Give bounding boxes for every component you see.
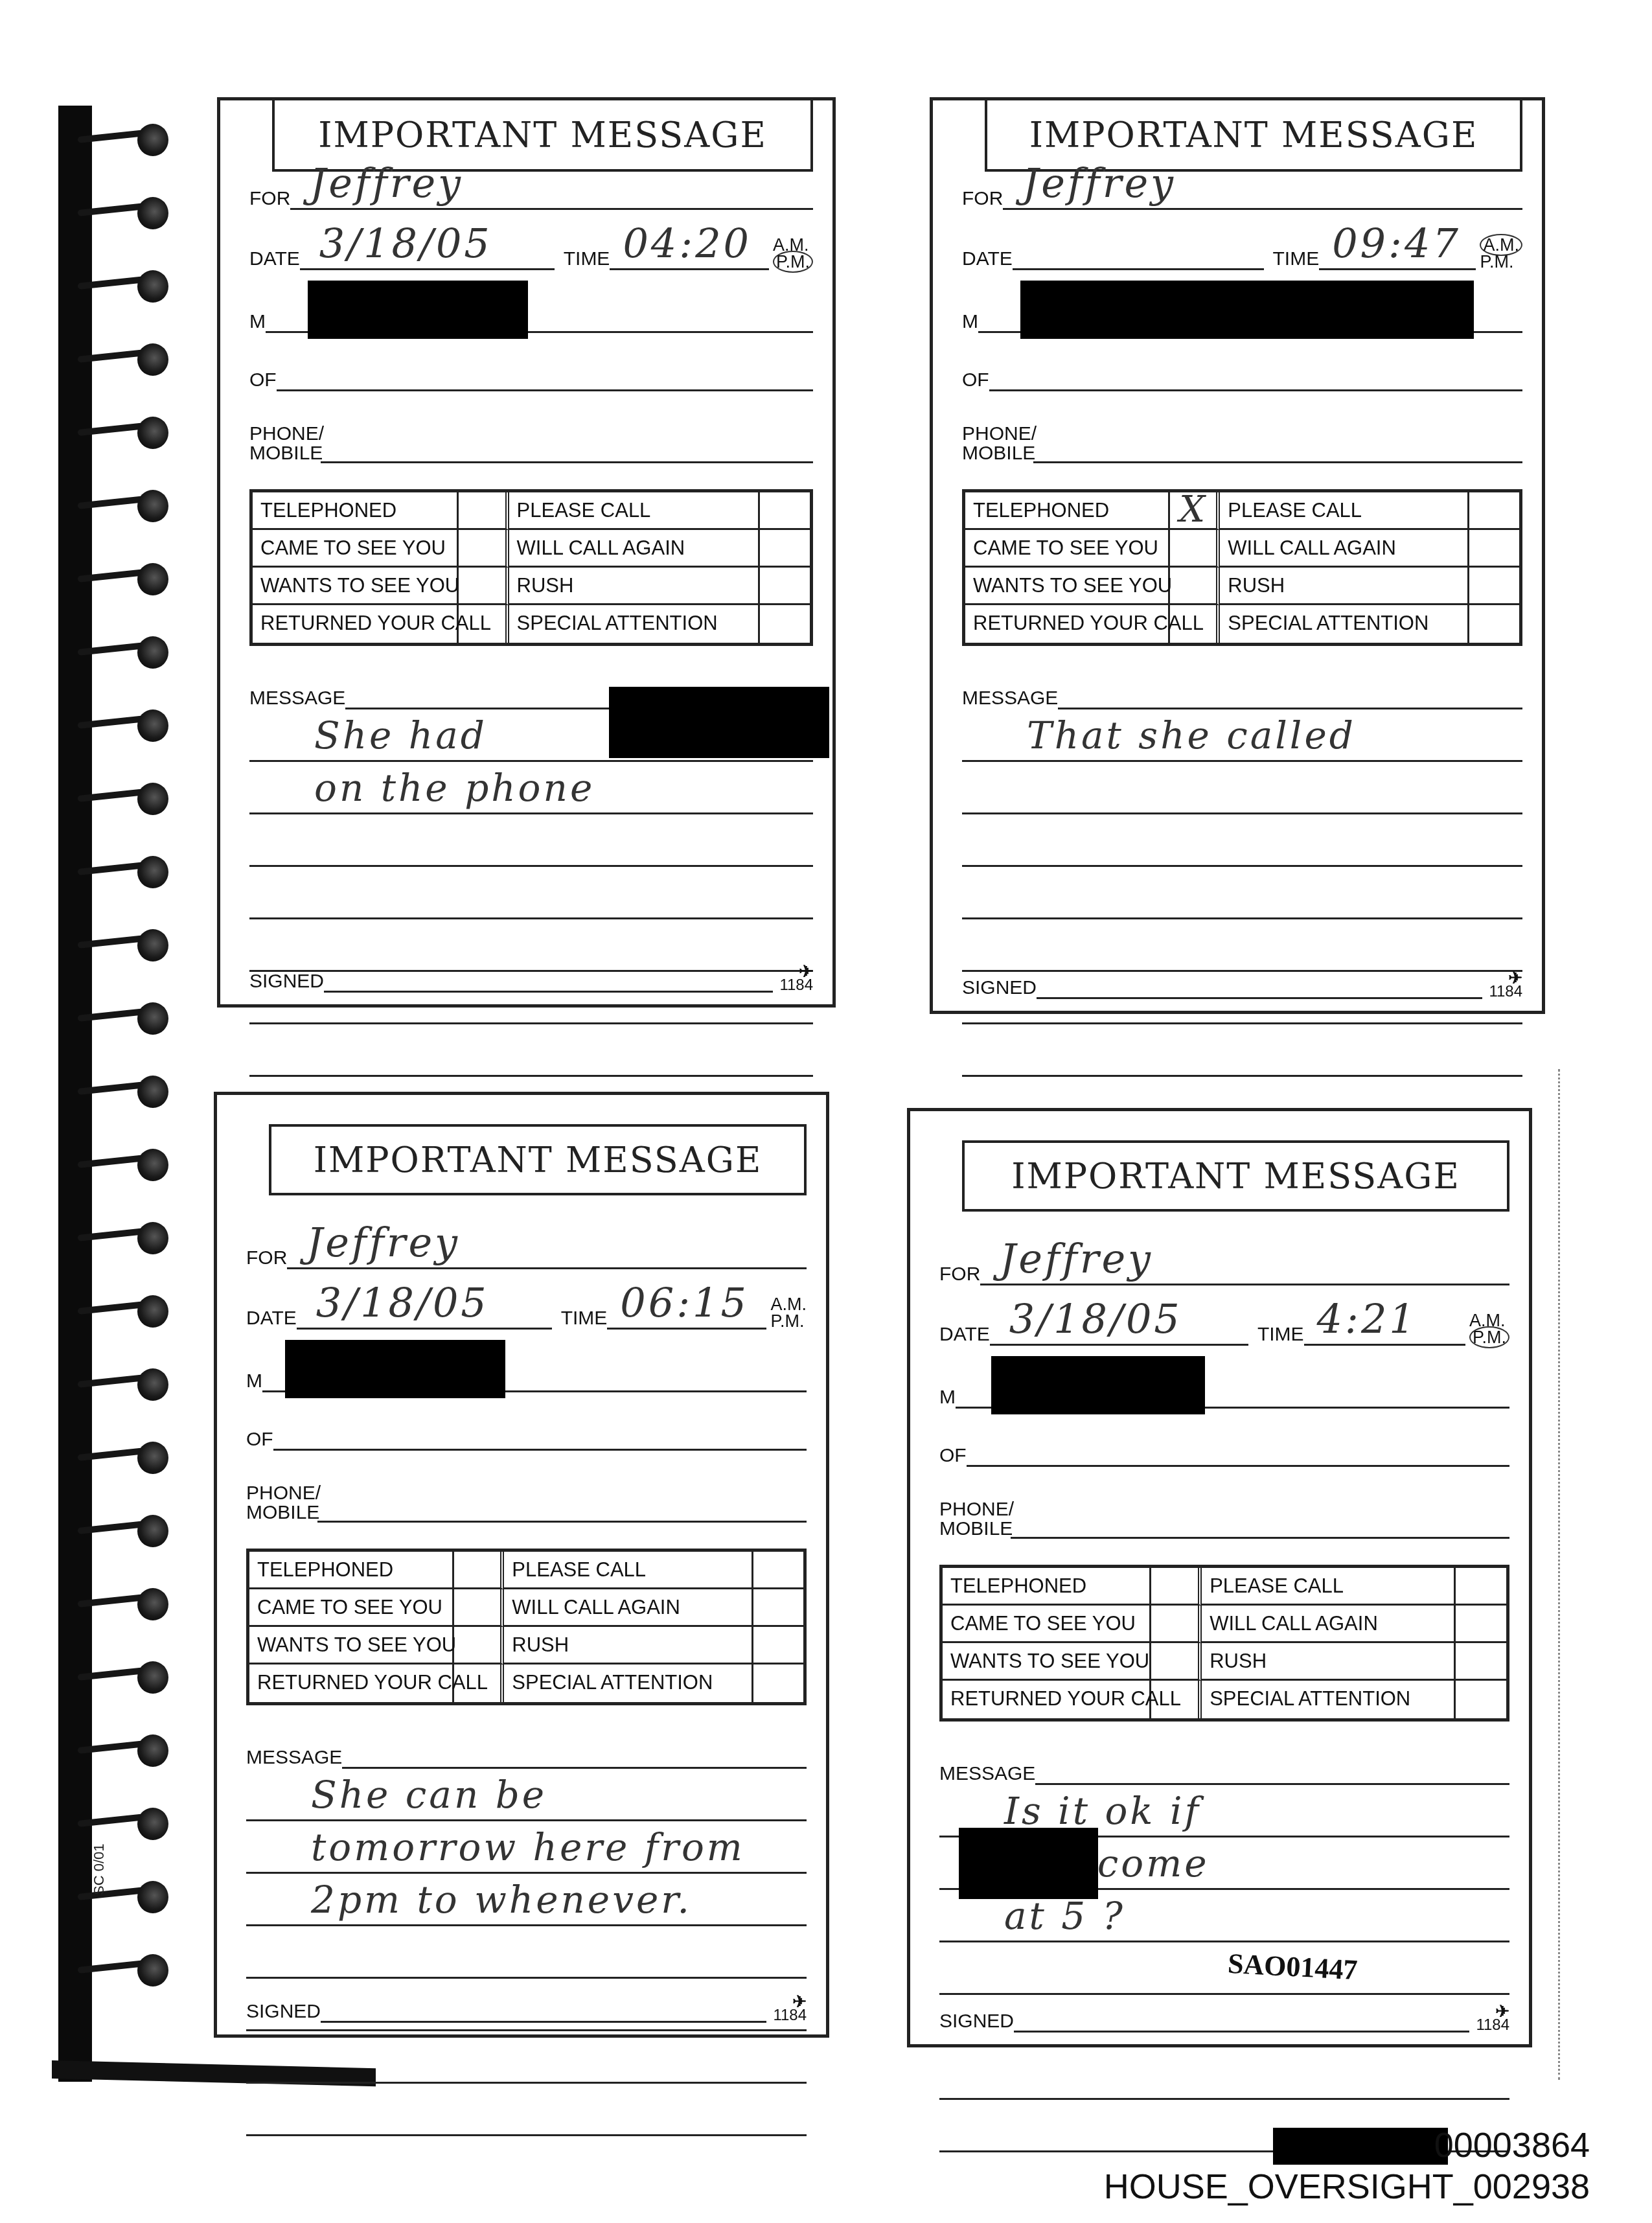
for-value: Jeffrey: [310, 159, 463, 207]
time-value: 09:47: [1332, 220, 1461, 267]
date-value: 3/18/05: [319, 220, 492, 267]
option-label: WANTS TO SEE YOU: [943, 1643, 1151, 1681]
message-line: tomorrow here from: [246, 1821, 807, 1874]
title-box: IMPORTANT MESSAGE: [269, 1124, 807, 1195]
checkbox-please-call[interactable]: [753, 1552, 803, 1589]
m-field[interactable]: M: [939, 1383, 1509, 1409]
checkbox-came-to-see-you[interactable]: [1151, 1606, 1202, 1643]
m-field[interactable]: M: [962, 308, 1522, 333]
checkbox-came-to-see-you[interactable]: [1170, 530, 1220, 568]
spiral-coil: [78, 998, 175, 1037]
spiral-coil: [78, 1365, 175, 1403]
phone-mobile-field[interactable]: PHONE/ MOBILE: [246, 1484, 807, 1523]
for-value: Jeffrey: [1000, 1235, 1153, 1282]
checkbox-telephoned[interactable]: X: [1170, 492, 1220, 530]
message-line: She had: [249, 709, 813, 762]
m-label: M: [939, 1387, 956, 1409]
message-line: [962, 762, 1522, 814]
checkbox-came-to-see-you[interactable]: [459, 530, 509, 568]
am-pm-indicator: A.M. P.M.: [1469, 1312, 1509, 1346]
checkbox-grid: TELEPHONEDPLEASE CALLCAME TO SEE YOUWILL…: [246, 1549, 807, 1705]
checkbox-will-call-again[interactable]: [760, 530, 810, 568]
option-label: RUSH: [1220, 568, 1469, 605]
pm-label: P.M.: [1480, 252, 1513, 271]
redaction-block: [991, 1356, 1205, 1414]
spiral-coil: [78, 1145, 175, 1184]
checkbox-returned-your-call[interactable]: [1170, 605, 1220, 643]
of-label: OF: [962, 369, 989, 391]
date-time-field[interactable]: DATE 3/18/05 TIME 4:21 A.M. P.M.: [939, 1312, 1509, 1346]
spiral-coil: [78, 632, 175, 671]
spiral-coil: [78, 1072, 175, 1111]
phone-mobile-label: PHONE/ MOBILE: [939, 1500, 1011, 1539]
checkbox-grid: TELEPHONEDPLEASE CALLCAME TO SEE YOUWILL…: [939, 1565, 1509, 1722]
checkbox-rush[interactable]: [1469, 568, 1519, 605]
spiral-coil: [78, 193, 175, 232]
spiral-coil: [78, 120, 175, 159]
signed-label: SIGNED: [962, 977, 1037, 999]
spiral-coil: [78, 1950, 175, 1989]
message-label: MESSAGE: [939, 1763, 1035, 1785]
of-label: OF: [246, 1429, 273, 1451]
time-label: TIME: [1257, 1324, 1304, 1346]
phone-mobile-field[interactable]: PHONE/ MOBILE: [249, 424, 813, 463]
date-label: DATE: [939, 1324, 990, 1346]
option-label: RETURNED YOUR CALL: [943, 1681, 1151, 1718]
message-label: MESSAGE: [962, 687, 1058, 709]
checkbox-special-attention[interactable]: [1469, 605, 1519, 643]
redaction-block: [1020, 281, 1474, 339]
option-label: RUSH: [504, 1627, 753, 1664]
phone-mobile-label: PHONE/ MOBILE: [249, 424, 321, 463]
spiral-coil: [78, 706, 175, 744]
option-label: WILL CALL AGAIN: [1220, 530, 1469, 568]
message-line: [249, 1024, 813, 1077]
of-label: OF: [249, 369, 277, 391]
checkbox-telephoned[interactable]: [459, 492, 509, 530]
date-time-field[interactable]: DATE 3/18/05 TIME 04:20 A.M. P.M.: [249, 236, 813, 270]
pm-label: P.M.: [770, 1311, 804, 1331]
message-text: tomorrow here from: [311, 1825, 745, 1869]
bates-number: 00003864: [1434, 2125, 1590, 2165]
form-title: IMPORTANT MESSAGE: [1011, 1156, 1460, 1197]
signed-label: SIGNED: [246, 2001, 321, 2023]
for-label: FOR: [962, 188, 1003, 210]
spiral-coil: [78, 852, 175, 891]
binding-code: SC 0/01: [91, 1844, 108, 1896]
checkbox-grid: TELEPHONEDPLEASE CALLCAME TO SEE YOUWILL…: [249, 489, 813, 646]
option-label: TELEPHONED: [249, 1552, 454, 1589]
option-label: SPECIAL ATTENTION: [1202, 1681, 1456, 1718]
signed-field[interactable]: SIGNED ✈ 1184: [939, 2004, 1509, 2033]
message-line: at 5 ?: [939, 1890, 1509, 1942]
time-value: 4:21: [1317, 1295, 1417, 1342]
form-number: ✈ 1184: [773, 1994, 807, 2023]
of-field[interactable]: OF: [246, 1425, 807, 1451]
form-title: IMPORTANT MESSAGE: [1029, 115, 1478, 155]
bates-redaction: [1273, 2128, 1448, 2165]
checkbox-came-to-see-you[interactable]: [454, 1589, 504, 1627]
checkbox-will-call-again[interactable]: [753, 1589, 803, 1627]
redaction-block: [308, 281, 528, 339]
m-field[interactable]: M: [249, 308, 813, 333]
checkbox-telephoned[interactable]: [1151, 1568, 1202, 1606]
for-label: FOR: [249, 188, 290, 210]
spiral-coil: [78, 1657, 175, 1696]
message-label: MESSAGE: [249, 687, 345, 709]
spiral-coil: [78, 1291, 175, 1330]
spiral-coil: [78, 559, 175, 598]
spiral-coil: [78, 779, 175, 818]
spiral-coil: [78, 1511, 175, 1550]
message-text: She had: [314, 713, 487, 757]
checkbox-grid: TELEPHONEDXPLEASE CALLCAME TO SEE YOUWIL…: [962, 489, 1522, 646]
checkbox-rush[interactable]: [760, 568, 810, 605]
spiral-coil: [78, 925, 175, 964]
date-label: DATE: [246, 1307, 297, 1330]
option-label: WILL CALL AGAIN: [504, 1589, 753, 1627]
for-value: Jeffrey: [1022, 159, 1176, 207]
message-area[interactable]: MESSAGE Is it ok if will comeat 5 ?: [939, 1759, 1509, 2152]
date-value: 3/18/05: [1009, 1295, 1182, 1342]
for-label: FOR: [939, 1263, 980, 1285]
checkbox-will-call-again[interactable]: [1456, 1606, 1506, 1643]
message-line: [246, 1926, 807, 1979]
for-value: Jeffrey: [306, 1219, 460, 1266]
form-number: ✈ 1184: [1476, 2004, 1509, 2033]
message-line: [962, 814, 1522, 867]
date-label: DATE: [249, 248, 300, 270]
option-label: SPECIAL ATTENTION: [1220, 605, 1469, 643]
checkbox-wants-to-see-you[interactable]: [454, 1627, 504, 1664]
page-edge-marks: [1558, 1069, 1564, 2080]
signed-label: SIGNED: [249, 971, 324, 993]
of-field[interactable]: OF: [249, 366, 813, 391]
option-label: CAME TO SEE YOU: [943, 1606, 1151, 1643]
option-label: WANTS TO SEE YOU: [965, 568, 1170, 605]
message-line: [962, 919, 1522, 972]
redaction-block: [609, 687, 829, 758]
message-line: will come: [939, 1837, 1509, 1890]
option-label: CAME TO SEE YOU: [965, 530, 1170, 568]
message-slip-bottom-right: IMPORTANT MESSAGE FOR Jeffrey DATE 3/18/…: [907, 1108, 1532, 2047]
date-time-field[interactable]: DATE TIME 09:47 A.M. P.M.: [962, 236, 1522, 270]
option-label: WANTS TO SEE YOU: [253, 568, 459, 605]
message-text: Is it ok if: [1004, 1789, 1201, 1833]
date-time-field[interactable]: DATE 3/18/05 TIME 06:15 A.M. P.M.: [246, 1296, 807, 1330]
message-area[interactable]: MESSAGE That she called: [962, 684, 1522, 1077]
message-line: That she called: [962, 709, 1522, 762]
checkbox-returned-your-call[interactable]: [454, 1664, 504, 1702]
option-label: RETURNED YOUR CALL: [253, 605, 459, 643]
message-area[interactable]: MESSAGE She can betomorrow here from2pm …: [246, 1743, 807, 2136]
checkbox-rush[interactable]: [753, 1627, 803, 1664]
message-line: [962, 1024, 1522, 1077]
option-label: SPECIAL ATTENTION: [509, 605, 760, 643]
of-label: OF: [939, 1445, 967, 1467]
redaction-block: [285, 1340, 505, 1398]
message-line: on the phone: [249, 762, 813, 814]
option-label: SPECIAL ATTENTION: [504, 1664, 753, 1702]
message-line: [249, 814, 813, 867]
checkbox-wants-to-see-you[interactable]: [1151, 1643, 1202, 1681]
for-label: FOR: [246, 1247, 287, 1269]
spiral-coil: [78, 1804, 175, 1843]
phone-mobile-label: PHONE/ MOBILE: [962, 424, 1033, 463]
option-label: TELEPHONED: [965, 492, 1170, 530]
message-line: [249, 867, 813, 919]
redaction-block: [959, 1828, 1098, 1899]
message-line: [939, 2047, 1509, 2100]
spiral-coil: [78, 1731, 175, 1769]
option-label: CAME TO SEE YOU: [249, 1589, 454, 1627]
option-label: WANTS TO SEE YOU: [249, 1627, 454, 1664]
of-field[interactable]: OF: [939, 1442, 1509, 1467]
spiral-coil: [78, 266, 175, 305]
m-label: M: [246, 1370, 262, 1392]
option-label: RUSH: [509, 568, 760, 605]
date-label: DATE: [962, 248, 1013, 270]
checkbox-special-attention[interactable]: [760, 605, 810, 643]
signed-field[interactable]: SIGNED ✈ 1184: [962, 971, 1522, 999]
option-label: RUSH: [1202, 1643, 1456, 1681]
phone-mobile-field[interactable]: PHONE/ MOBILE: [962, 424, 1522, 463]
phone-mobile-field[interactable]: PHONE/ MOBILE: [939, 1500, 1509, 1539]
message-text: on the phone: [314, 766, 595, 810]
message-line: [962, 867, 1522, 919]
date-value: 3/18/05: [316, 1279, 489, 1326]
message-line: [246, 2084, 807, 2136]
checkbox-please-call[interactable]: [1469, 492, 1519, 530]
signed-field[interactable]: SIGNED ✈ 1184: [246, 1994, 807, 2023]
checkbox-telephoned[interactable]: [454, 1552, 504, 1589]
option-label: PLEASE CALL: [1220, 492, 1469, 530]
option-label: PLEASE CALL: [509, 492, 760, 530]
for-field[interactable]: FOR Jeffrey: [246, 1244, 807, 1269]
spiral-coil: [78, 1584, 175, 1623]
message-line: [246, 2031, 807, 2084]
of-field[interactable]: OF: [962, 366, 1522, 391]
form-number: ✈ 1184: [1489, 971, 1522, 999]
message-text: That she called: [1027, 713, 1356, 757]
option-label: TELEPHONED: [943, 1568, 1151, 1606]
form-number: ✈ 1184: [779, 964, 813, 993]
checkbox-wants-to-see-you[interactable]: [1170, 568, 1220, 605]
option-label: RETURNED YOUR CALL: [249, 1664, 454, 1702]
option-label: PLEASE CALL: [504, 1552, 753, 1589]
option-label: WILL CALL AGAIN: [1202, 1606, 1456, 1643]
for-field[interactable]: FOR Jeffrey: [939, 1260, 1509, 1285]
spiral-coil: [78, 1218, 175, 1257]
m-field[interactable]: M: [246, 1367, 807, 1392]
title-box: IMPORTANT MESSAGE: [962, 1140, 1509, 1212]
spiral-coil: [78, 486, 175, 525]
pm-label: P.M.: [773, 251, 813, 273]
signed-field[interactable]: SIGNED ✈ 1184: [249, 964, 813, 993]
check-mark-icon: X: [1179, 489, 1205, 531]
spiral-coil: [78, 413, 175, 452]
checkbox-returned-your-call[interactable]: [459, 605, 509, 643]
for-field[interactable]: FOR Jeffrey: [249, 185, 813, 210]
option-label: TELEPHONED: [253, 492, 459, 530]
spiral-coil: [78, 1438, 175, 1477]
message-slip-bottom-left: IMPORTANT MESSAGE FOR Jeffrey DATE 3/18/…: [214, 1092, 829, 2038]
checkbox-returned-your-call[interactable]: [1151, 1681, 1202, 1718]
checkbox-will-call-again[interactable]: [1469, 530, 1519, 568]
option-label: PLEASE CALL: [1202, 1568, 1456, 1606]
checkbox-special-attention[interactable]: [753, 1664, 803, 1702]
form-title: IMPORTANT MESSAGE: [318, 115, 767, 155]
checkbox-rush[interactable]: [1456, 1643, 1506, 1681]
am-pm-indicator: A.M. P.M.: [1480, 236, 1522, 270]
option-label: WILL CALL AGAIN: [509, 530, 760, 568]
message-text: She can be: [311, 1773, 547, 1817]
m-label: M: [249, 311, 266, 333]
phone-mobile-label: PHONE/ MOBILE: [246, 1484, 317, 1523]
time-label: TIME: [1273, 248, 1320, 270]
message-line: [939, 1942, 1509, 1995]
spiral-coil: [78, 340, 175, 378]
checkbox-special-attention[interactable]: [1456, 1681, 1506, 1718]
message-line: She can be: [246, 1769, 807, 1821]
message-line: 2pm to whenever.: [246, 1874, 807, 1926]
option-label: RETURNED YOUR CALL: [965, 605, 1170, 643]
m-label: M: [962, 311, 978, 333]
message-area[interactable]: MESSAGE She had on the phone: [249, 684, 813, 1077]
signed-label: SIGNED: [939, 2010, 1014, 2033]
checkbox-please-call[interactable]: [1456, 1568, 1506, 1606]
am-pm-indicator: A.M. P.M.: [773, 236, 813, 270]
message-text: at 5 ?: [1004, 1894, 1125, 1938]
time-value: 06:15: [620, 1279, 749, 1326]
checkbox-wants-to-see-you[interactable]: [459, 568, 509, 605]
time-label: TIME: [561, 1307, 608, 1330]
option-label: CAME TO SEE YOU: [253, 530, 459, 568]
message-label: MESSAGE: [246, 1747, 342, 1769]
time-label: TIME: [564, 248, 610, 270]
checkbox-please-call[interactable]: [760, 492, 810, 530]
message-text: 2pm to whenever.: [311, 1878, 692, 1922]
message-slip-top-left: IMPORTANT MESSAGE FOR Jeffrey DATE 3/18/…: [217, 97, 836, 1008]
time-value: 04:20: [623, 220, 751, 267]
house-oversight-id: HOUSE_OVERSIGHT_002938: [1104, 2167, 1590, 2207]
message-slip-top-right: IMPORTANT MESSAGE FOR Jeffrey DATE TIME …: [930, 97, 1545, 1014]
am-pm-indicator: A.M. P.M.: [770, 1296, 807, 1330]
sao-stamp: SAO01447: [1227, 1947, 1359, 1987]
for-field[interactable]: FOR Jeffrey: [962, 185, 1522, 210]
form-title: IMPORTANT MESSAGE: [314, 1140, 763, 1181]
pm-label: P.M.: [1469, 1326, 1509, 1348]
